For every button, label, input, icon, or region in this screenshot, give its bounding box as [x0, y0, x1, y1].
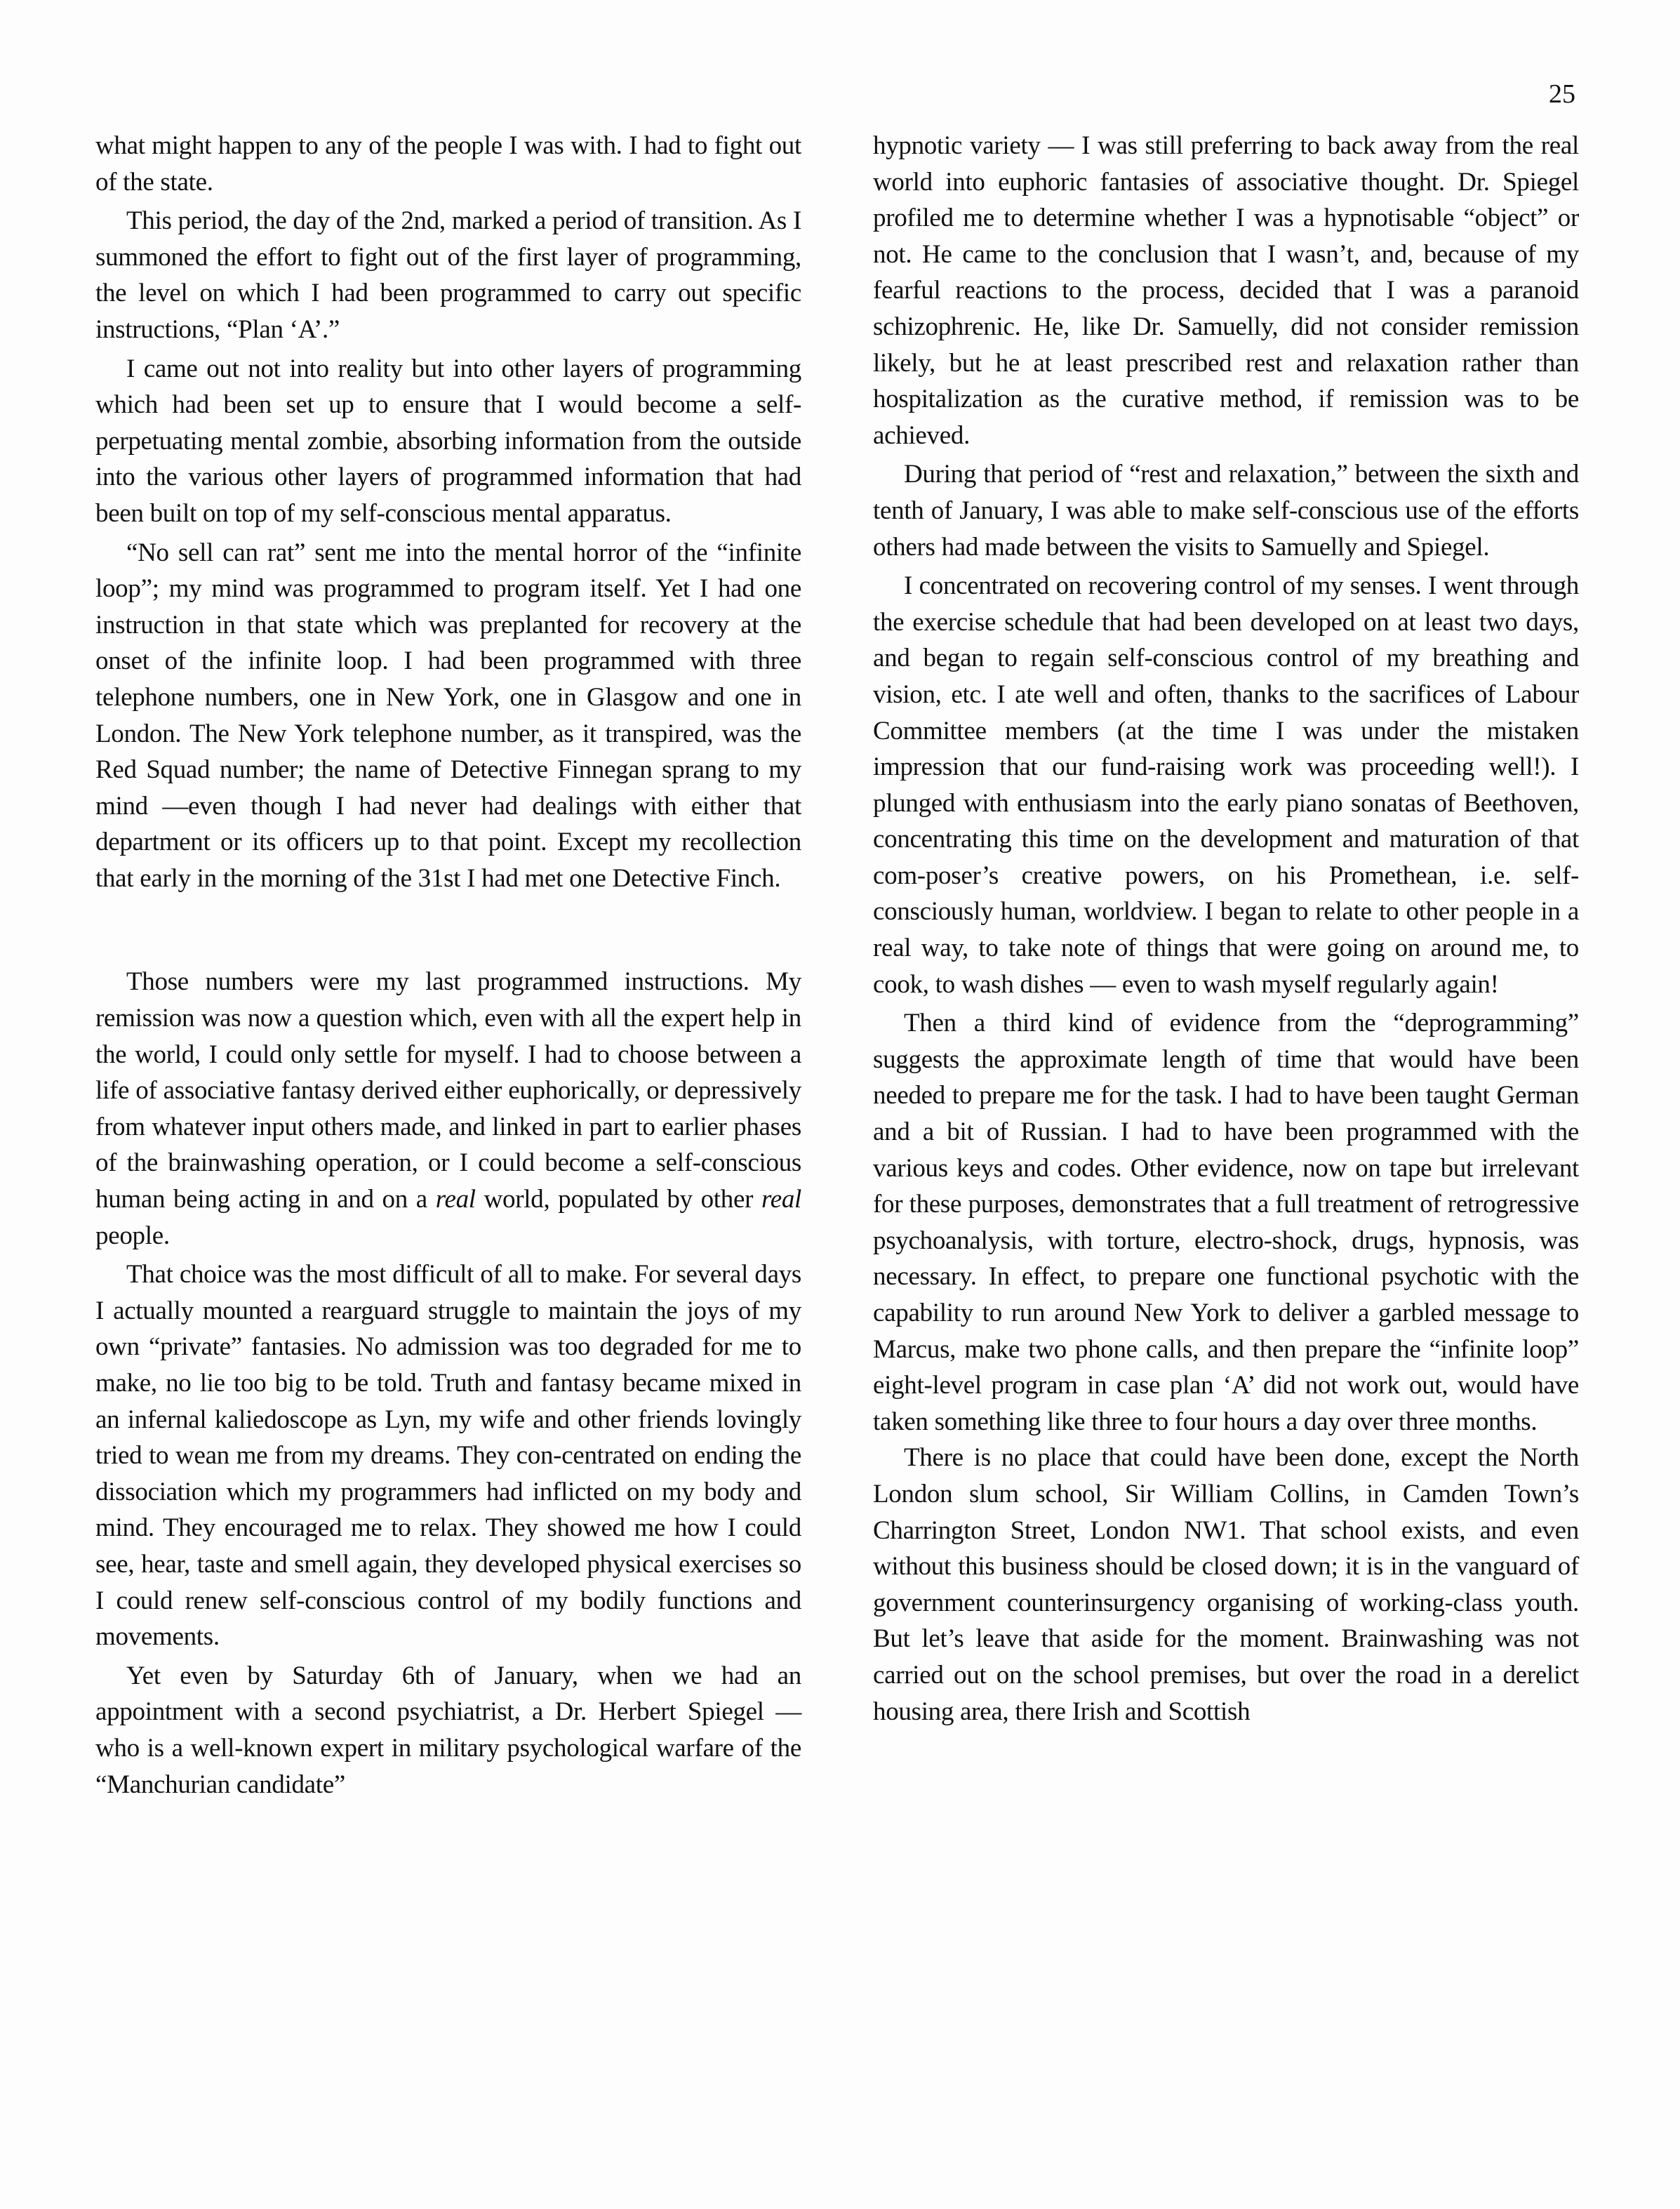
paragraph: I came out not into reality but into oth…: [95, 351, 801, 532]
emphasis-text: real: [436, 1185, 476, 1214]
paragraph: what might happen to any of the people I…: [95, 128, 801, 200]
paragraph: During that period of “rest and relaxati…: [873, 456, 1579, 565]
paragraph: That choice was the most difficult of al…: [95, 1256, 801, 1655]
document-page: 25 what might happen to any of the peopl…: [0, 0, 1680, 2209]
paragraph-text: people.: [95, 1221, 170, 1250]
emphasis-text: real: [761, 1185, 801, 1214]
paragraph: Then a third kind of evidence from the “…: [873, 1005, 1579, 1440]
paragraph: This period, the day of the 2nd, marked …: [95, 203, 801, 347]
paragraph-text: Those numbers were my last programmed in…: [95, 967, 801, 1214]
left-text-column: what might happen to any of the people I…: [95, 128, 801, 1805]
paragraph: There is no place that could have been d…: [873, 1440, 1579, 1730]
right-text-column: hypnotic variety — I was still preferrin…: [873, 128, 1579, 1732]
paragraph: hypnotic variety — I was still preferrin…: [873, 128, 1579, 453]
paragraph: “No sell can rat” sent me into the menta…: [95, 535, 801, 897]
paragraph: I concentrated on recovering control of …: [873, 568, 1579, 1002]
paragraph-text: world, populated by other: [476, 1185, 761, 1214]
page-number: 25: [1523, 79, 1575, 110]
paragraph: Yet even by Saturday 6th of January, whe…: [95, 1658, 801, 1803]
paragraph: Those numbers were my last programmed in…: [95, 964, 801, 1254]
